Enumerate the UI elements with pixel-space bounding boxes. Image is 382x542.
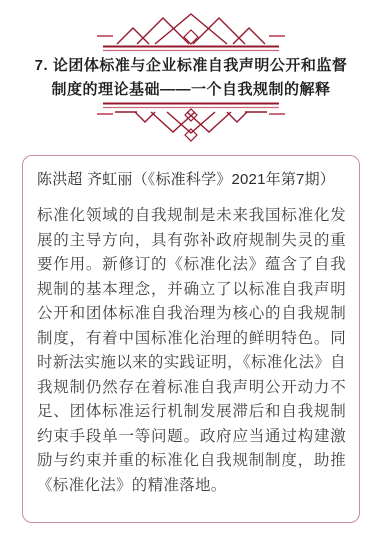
top-flourish-ornament-icon <box>87 12 295 52</box>
abstract-text: 标准化领域的自我规制是未来我国标准化发展的主导方向，具有弥补政府规制失灵的重要作… <box>37 204 346 498</box>
article-header: 7. 论团体标准与企业标准自我声明公开和监督 制度的理论基础——一个自我规制的解… <box>0 0 382 142</box>
article-page: 7. 论团体标准与企业标准自我声明公开和监督 制度的理论基础——一个自我规制的解… <box>0 0 382 542</box>
article-title-line-1: 7. 论团体标准与企业标准自我声明公开和监督 <box>26 54 356 78</box>
bottom-flourish-ornament-icon <box>87 102 295 142</box>
abstract-card: 陈洪超 齐虹丽（《标准科学》2021年第7期） 标准化领域的自我规制是未来我国标… <box>22 155 360 523</box>
article-title-line-2: 制度的理论基础——一个自我规制的解释 <box>26 78 356 102</box>
byline: 陈洪超 齐虹丽（《标准科学》2021年第7期） <box>37 170 346 190</box>
article-title: 7. 论团体标准与企业标准自我声明公开和监督 制度的理论基础——一个自我规制的解… <box>26 54 356 102</box>
